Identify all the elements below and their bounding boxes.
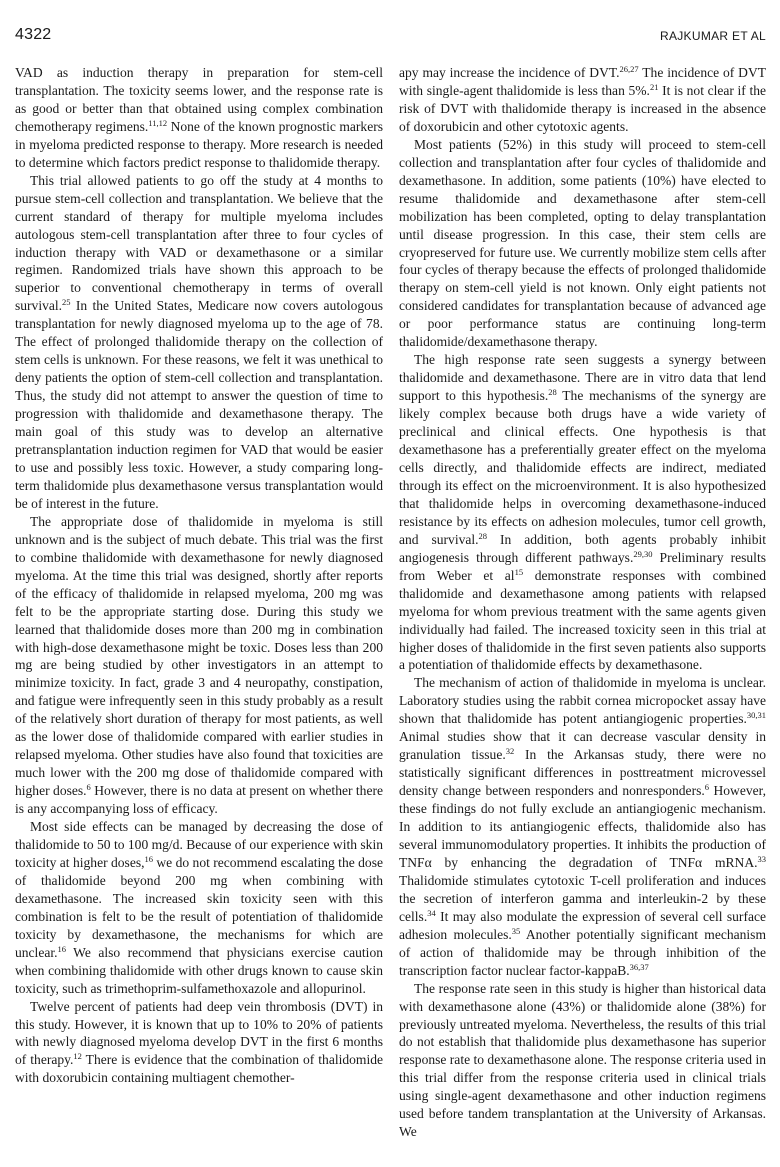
citation-superscript: 29,30 xyxy=(633,549,652,559)
body-paragraph: Most patients (52%) in this study will p… xyxy=(399,136,766,351)
citation-superscript: 25 xyxy=(62,297,71,307)
citation-superscript: 15 xyxy=(515,567,524,577)
paragraph-text: The mechanism of action of thalidomide i… xyxy=(399,675,766,726)
citation-superscript: 35 xyxy=(512,926,521,936)
paragraph-text: Most patients (52%) in this study will p… xyxy=(399,137,766,349)
body-paragraph: Twelve percent of patients had deep vein… xyxy=(15,998,383,1088)
paragraph-text: The response rate seen in this study is … xyxy=(399,981,766,1140)
citation-superscript: 28 xyxy=(479,531,488,541)
paragraph-text: The appropriate dose of thalidomide in m… xyxy=(15,514,383,798)
paragraph-text: This trial allowed patients to go off th… xyxy=(15,173,383,314)
page-number: 4322 xyxy=(15,26,51,44)
citation-superscript: 34 xyxy=(427,908,436,918)
citation-superscript: 33 xyxy=(758,854,767,864)
citation-superscript: 30,31 xyxy=(747,710,766,720)
running-head-authors: RAJKUMAR ET AL xyxy=(660,29,766,43)
body-paragraph: The high response rate seen suggests a s… xyxy=(399,351,766,674)
citation-superscript: 26,27 xyxy=(620,64,639,74)
citation-superscript: 16 xyxy=(144,854,153,864)
body-paragraph: VAD as induction therapy in preparation … xyxy=(15,64,383,172)
body-paragraph: Most side effects can be managed by decr… xyxy=(15,818,383,998)
body-paragraph: The mechanism of action of thalidomide i… xyxy=(399,674,766,979)
running-head: 4322 RAJKUMAR ET AL xyxy=(15,26,766,48)
right-column: apy may increase the incidence of DVT.26… xyxy=(399,64,766,1141)
paragraph-text: We also recommend that physicians exerci… xyxy=(15,945,383,996)
body-paragraph: This trial allowed patients to go off th… xyxy=(15,172,383,513)
citation-superscript: 36,37 xyxy=(630,962,649,972)
paragraph-text: In the United States, Medicare now cover… xyxy=(15,298,383,510)
citation-superscript: 32 xyxy=(506,746,515,756)
body-paragraph: The appropriate dose of thalidomide in m… xyxy=(15,513,383,818)
paragraph-text: apy may increase the incidence of DVT. xyxy=(399,65,620,80)
paragraph-text: The mechanisms of the synergy are likely… xyxy=(399,388,766,547)
paragraph-text: demonstrate responses with combined thal… xyxy=(399,568,766,673)
citation-superscript: 11,12 xyxy=(148,118,167,128)
citation-superscript: 28 xyxy=(548,387,557,397)
left-column: VAD as induction therapy in preparation … xyxy=(15,64,383,1087)
citation-superscript: 16 xyxy=(58,944,67,954)
citation-superscript: 12 xyxy=(73,1051,82,1061)
body-paragraph: apy may increase the incidence of DVT.26… xyxy=(399,64,766,136)
body-paragraph: The response rate seen in this study is … xyxy=(399,980,766,1142)
